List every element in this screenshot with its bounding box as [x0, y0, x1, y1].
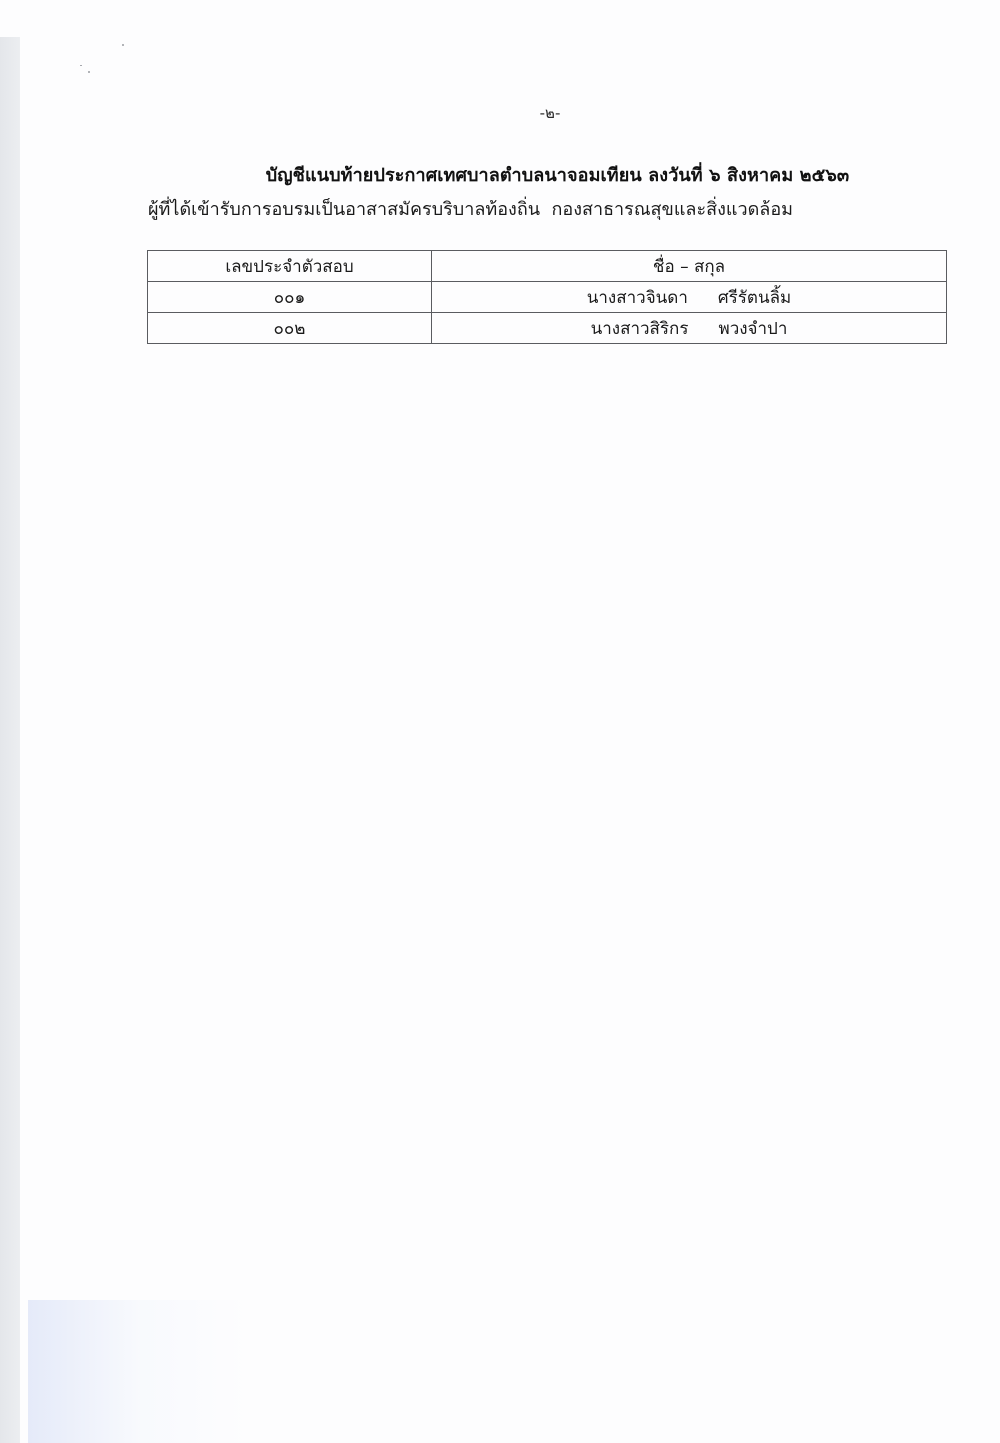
last-name: พวงจำปา [718, 319, 787, 339]
scan-speck [80, 65, 82, 66]
cell-exam-id: ๐๐๒ [148, 313, 432, 344]
cell-full-name: นางสาวสิริกรพวงจำปา [432, 313, 947, 344]
table-header-row: เลขประจำตัวสอบ ชื่อ – สกุล [148, 251, 947, 282]
document-title: บัญชีแนบท้ายประกาศเทศบาลตำบลนาจอมเทียน ล… [0, 160, 1000, 189]
last-name: ศรีรัตนลิ้ม [718, 288, 791, 308]
header-full-name: ชื่อ – สกุล [432, 251, 947, 282]
scan-speck [122, 44, 124, 46]
scan-speck [88, 71, 90, 73]
first-name: นางสาวสิริกร [591, 315, 689, 342]
scan-tint [28, 1300, 248, 1443]
document-subtitle: ผู้ที่ได้เข้ารับการอบรมเป็นอาสาสมัครบริบ… [148, 194, 793, 223]
header-exam-id: เลขประจำตัวสอบ [148, 251, 432, 282]
table-row: ๐๐๑ นางสาวจินดาศรีรัตนลิ้ม [148, 282, 947, 313]
first-name: นางสาวจินดา [587, 284, 688, 311]
scan-edge-strip [0, 37, 20, 1443]
cell-full-name: นางสาวจินดาศรีรัตนลิ้ม [432, 282, 947, 313]
table-row: ๐๐๒ นางสาวสิริกรพวงจำปา [148, 313, 947, 344]
participants-table: เลขประจำตัวสอบ ชื่อ – สกุล ๐๐๑ นางสาวจิน… [147, 250, 947, 344]
cell-exam-id: ๐๐๑ [148, 282, 432, 313]
page-number: -๒- [0, 101, 1000, 125]
